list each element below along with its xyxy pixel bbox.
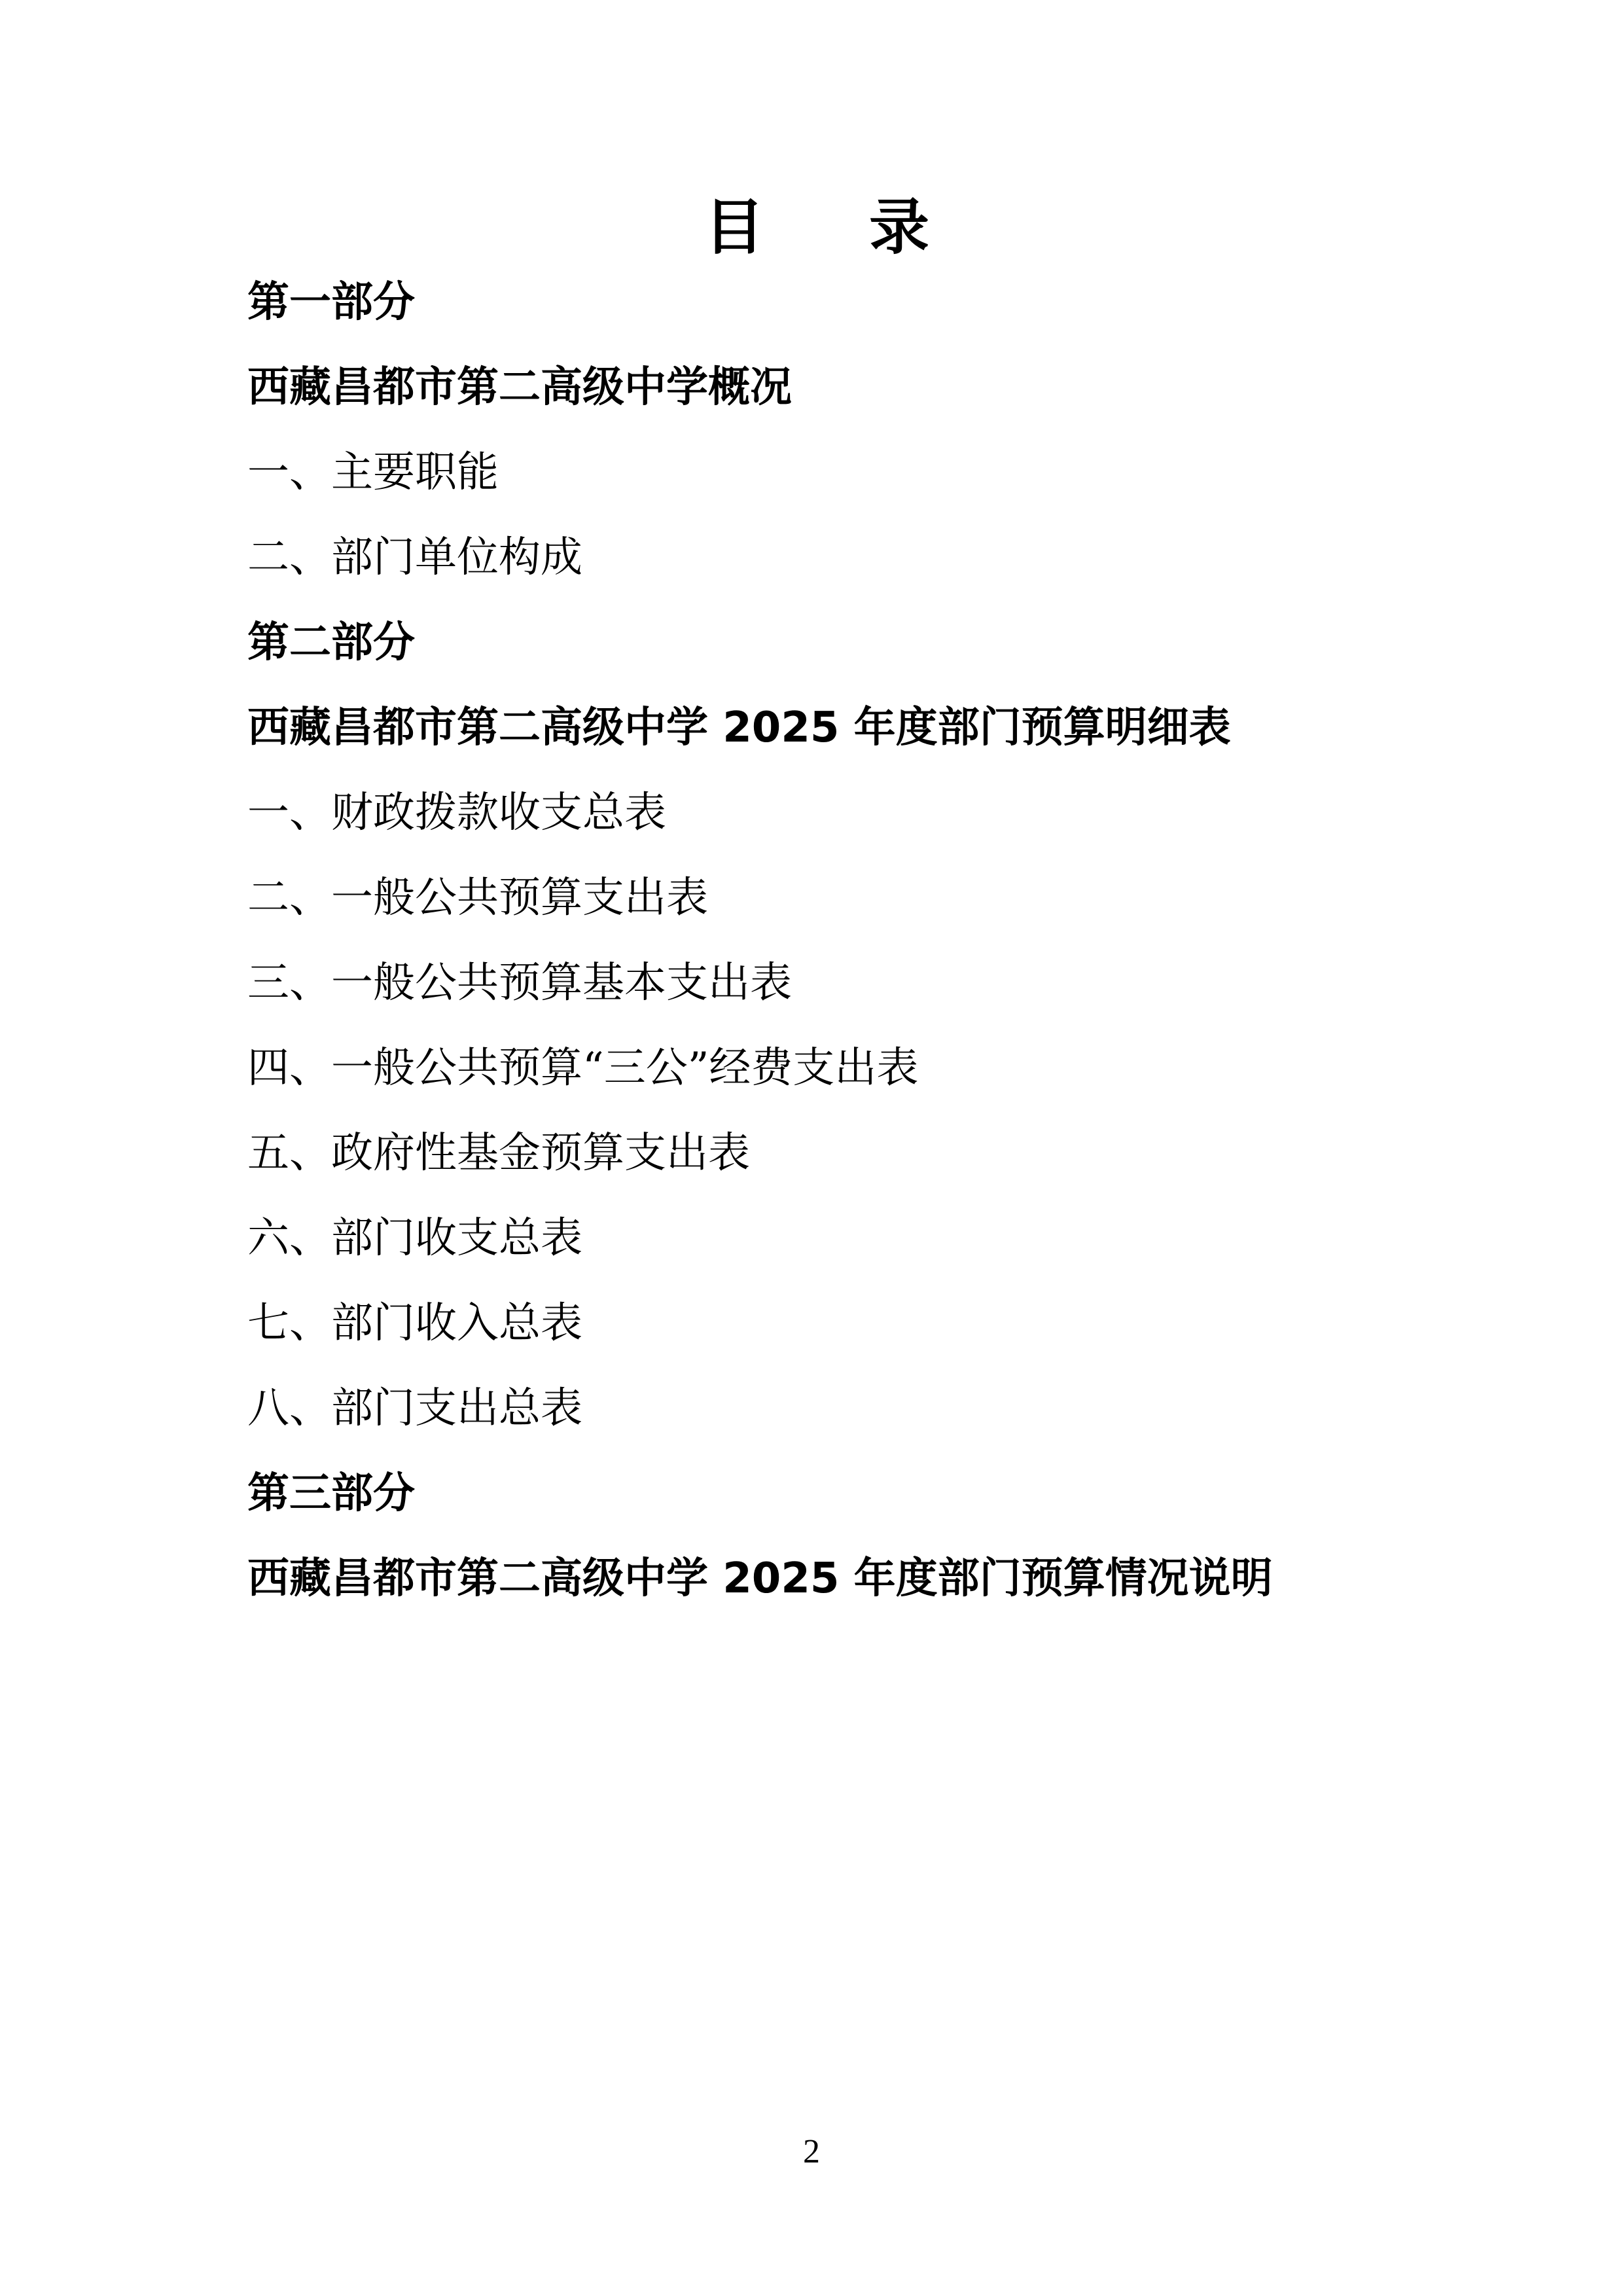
toc-item: 六、部门收支总表 [247, 1196, 1491, 1281]
toc-item: 七、部门收入总表 [247, 1281, 1491, 1366]
toc-part-heading: 第一部分 [247, 260, 1491, 345]
toc-section-heading: 西藏昌都市第二高级中学 2025 年度部门预算明细表 [247, 685, 1491, 770]
page-number: 2 [0, 2132, 1623, 2172]
toc-list: 第一部分 西藏昌都市第二高级中学概况 一、主要职能 二、部门单位构成 第二部分 … [247, 260, 1491, 1621]
document-page: 目录 第一部分 西藏昌都市第二高级中学概况 一、主要职能 二、部门单位构成 第二… [0, 0, 1623, 2296]
toc-item: 一、主要职能 [247, 430, 1491, 515]
toc-title: 目录 [0, 185, 1623, 270]
toc-item: 一、财政拨款收支总表 [247, 770, 1491, 855]
toc-item: 八、部门支出总表 [247, 1366, 1491, 1451]
toc-item: 五、政府性基金预算支出表 [247, 1111, 1491, 1196]
toc-section-heading: 西藏昌都市第二高级中学概况 [247, 345, 1491, 430]
toc-item: 二、部门单位构成 [247, 515, 1491, 600]
toc-part-heading: 第三部分 [247, 1451, 1491, 1536]
toc-item: 二、一般公共预算支出表 [247, 855, 1491, 941]
toc-item: 三、一般公共预算基本支出表 [247, 941, 1491, 1026]
toc-section-heading: 西藏昌都市第二高级中学 2025 年度部门预算情况说明 [247, 1536, 1491, 1621]
toc-part-heading: 第二部分 [247, 600, 1491, 685]
toc-item: 四、一般公共预算“三公”经费支出表 [247, 1026, 1491, 1111]
